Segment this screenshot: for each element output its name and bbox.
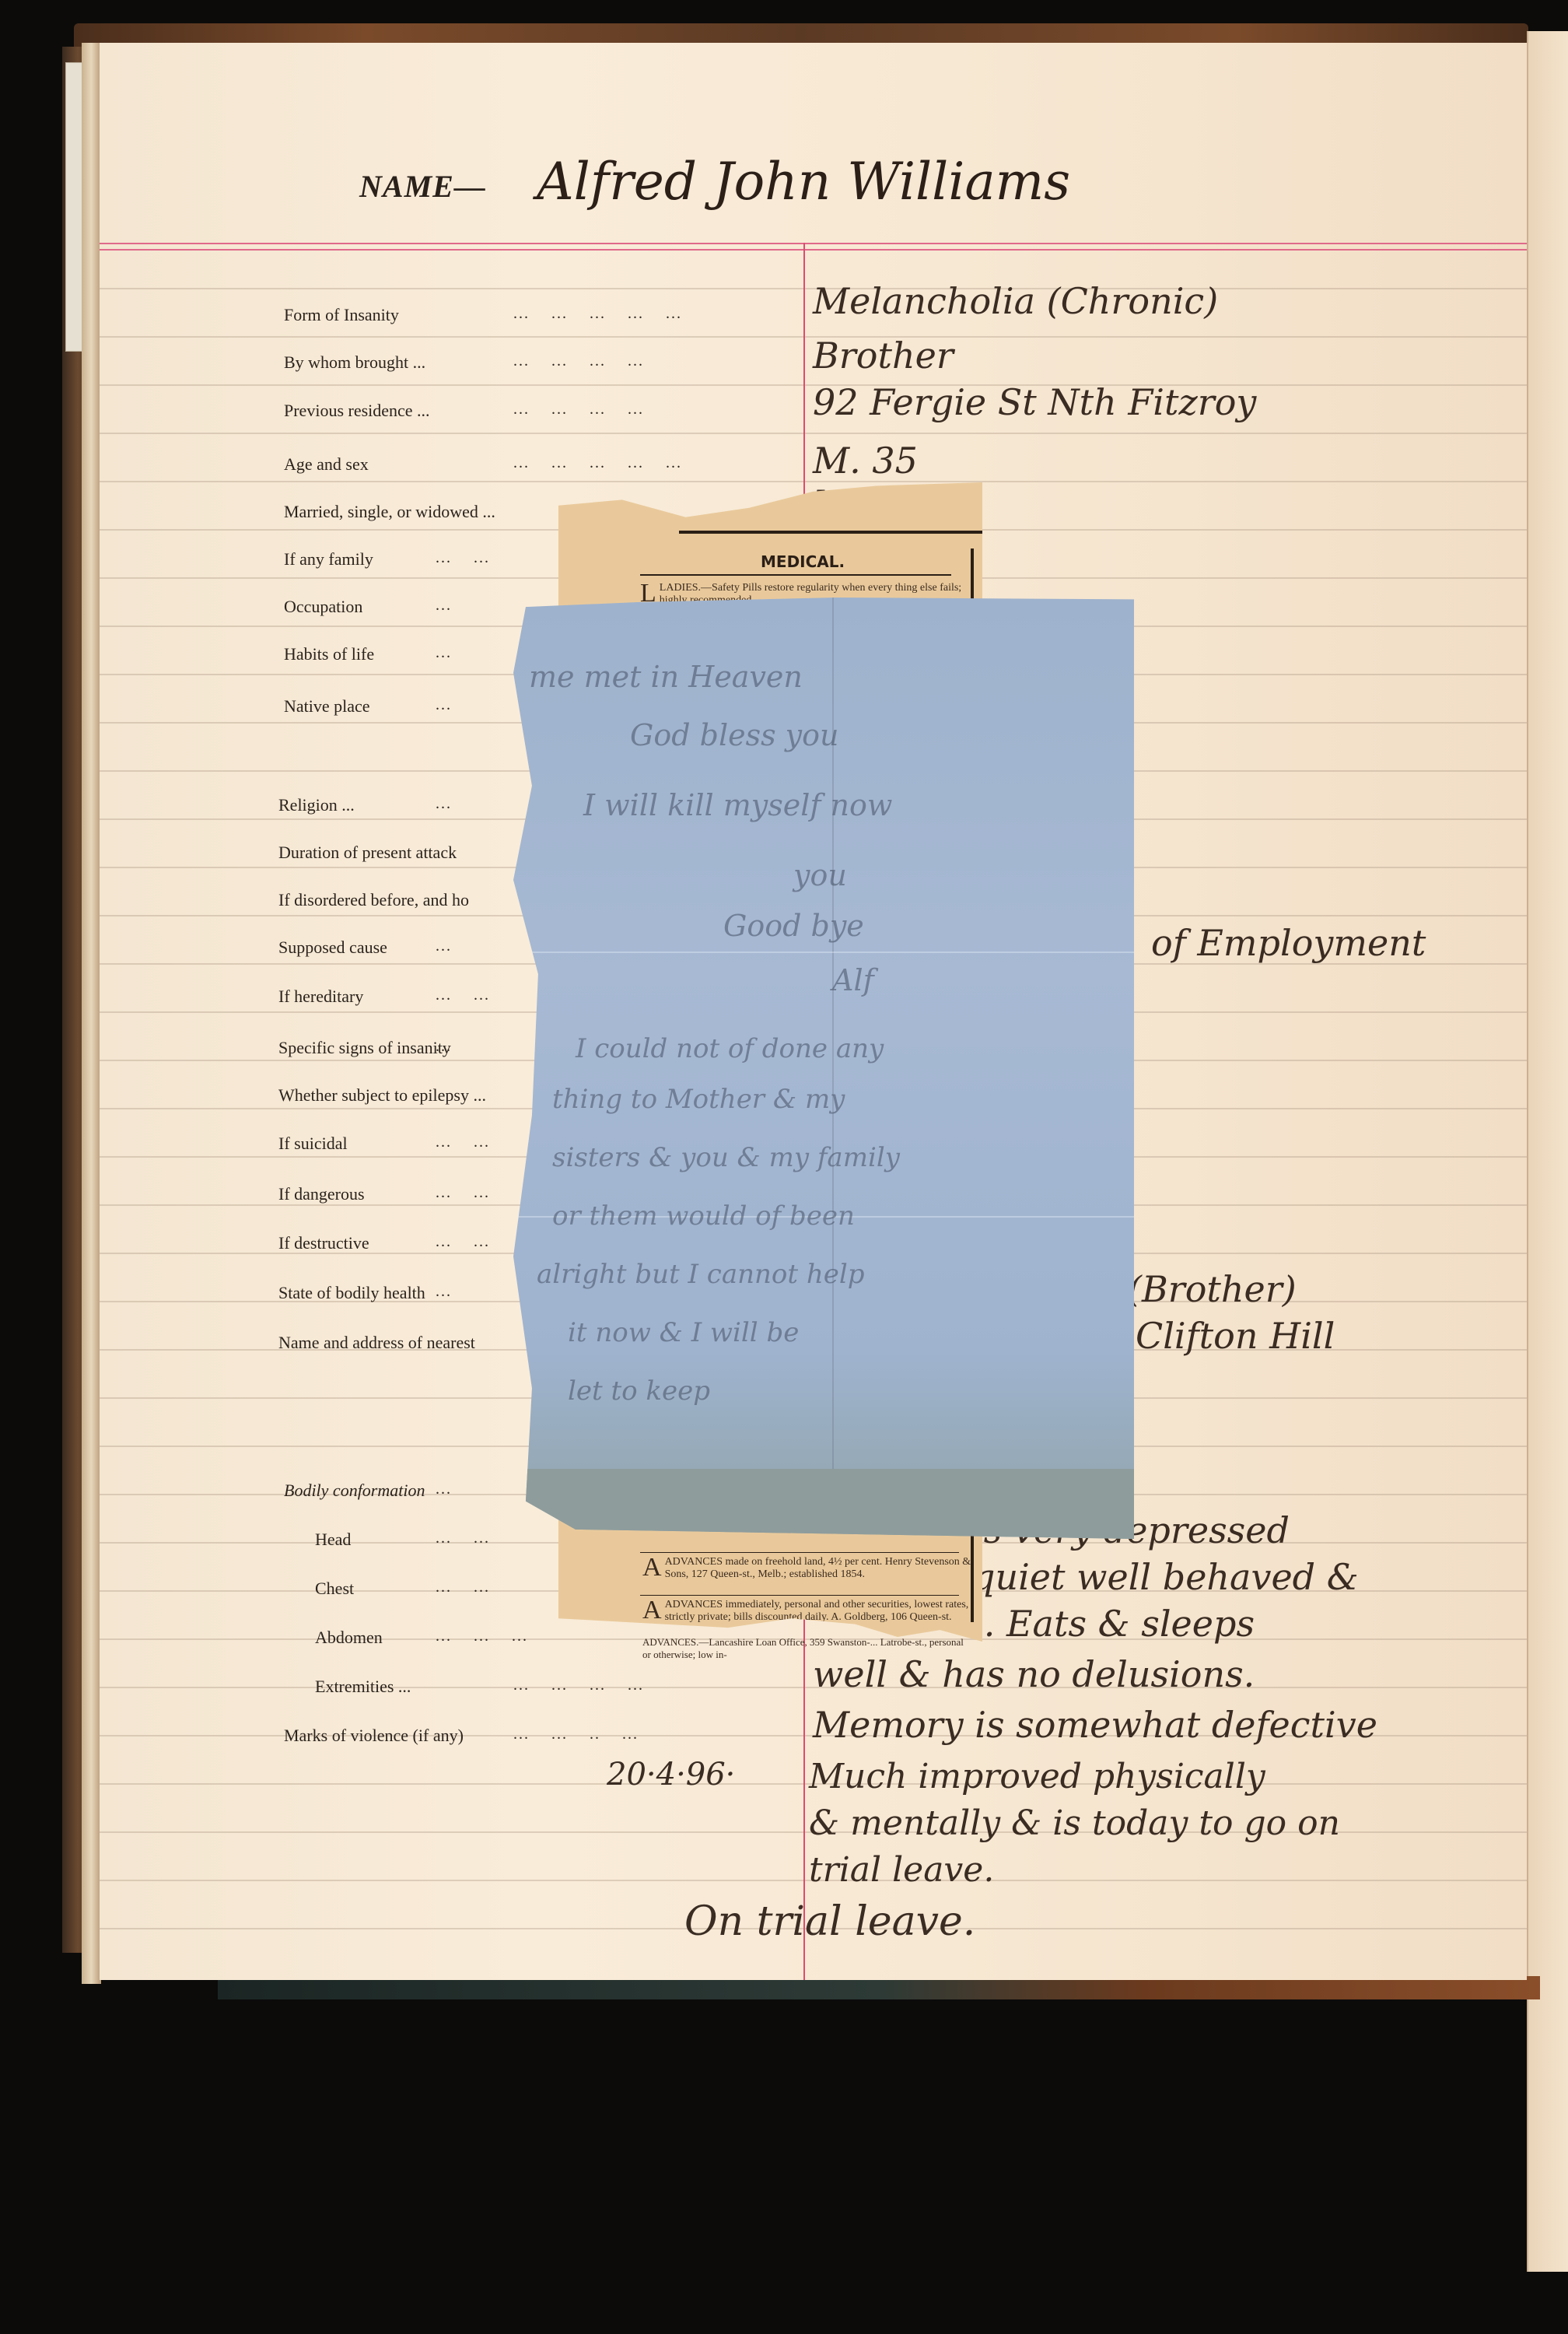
leader-dots: ... (436, 696, 452, 714)
letter-line: God bless you (630, 718, 839, 752)
leader-dots: ... ... ... (436, 1628, 528, 1645)
field-answer: (Brother) (1128, 1268, 1297, 1310)
field-answer: quiet well behaved & (972, 1556, 1359, 1598)
field-label: Whether subject to epilepsy ... (278, 1085, 486, 1106)
leader-dots: ... ... (436, 1233, 490, 1251)
leader-dots: ... ... (436, 1184, 490, 1202)
field-label: Head (315, 1530, 351, 1550)
letter-fold (513, 951, 1134, 953)
leader-dots: ... ... (436, 1530, 490, 1547)
letter-folded-flap (513, 1469, 1134, 1539)
field-label: Habits of life (284, 644, 374, 664)
letter-line: or them would of been (552, 1200, 855, 1232)
letter-line: Alf (832, 963, 874, 997)
field-answer: Clifton Hill (1136, 1315, 1335, 1357)
field-label: If disordered before, and ho (278, 890, 469, 910)
field-label: Abdomen (315, 1628, 383, 1648)
field-label: Extremities ... (315, 1677, 411, 1697)
field-answer: 92 Fergie St Nth Fitzroy (813, 381, 1256, 423)
field-label: Native place (284, 696, 370, 717)
letter-line: you (793, 858, 847, 892)
leader-dots: ... ... .. ... (513, 1726, 639, 1743)
letter-line: let to keep (568, 1376, 710, 1407)
leader-dots: ... (436, 1481, 452, 1498)
field-label: If suicidal (278, 1134, 348, 1154)
leader-dots: ... ... ... ... (513, 352, 644, 370)
leader-dots: ... ... ... ... ... (513, 454, 682, 472)
clipping-rule (679, 531, 982, 534)
header-red-rule (100, 243, 1527, 251)
field-label: Previous residence ... (284, 401, 430, 421)
field-answer: of Employment (1151, 922, 1426, 964)
field-label: Bodily conformation (284, 1481, 425, 1501)
field-answer: l. Eats & sleeps (972, 1603, 1255, 1645)
trial-leave-note: On trial leave. (684, 1898, 975, 1945)
note-line-3: trial leave. (809, 1850, 994, 1890)
field-answer: M. 35 (813, 440, 918, 482)
letter-line: thing to Mother & my (552, 1084, 845, 1115)
field-label: Duration of present attack (278, 843, 457, 863)
field-answer: Melancholia (Chronic) (813, 280, 1218, 322)
letter-line: alright but I cannot help (537, 1259, 864, 1290)
leader-dots: ... (436, 1283, 452, 1301)
field-label: By whom brought ... (284, 352, 425, 373)
field-label: Married, single, or widowed ... (284, 502, 495, 522)
field-label: Religion ... (278, 795, 355, 815)
name-label: NAME— (359, 168, 486, 205)
clipping-rule (640, 1595, 959, 1596)
facing-page-edge (1527, 31, 1568, 2272)
field-label: If any family (284, 549, 373, 569)
clipping-ad-lancashire: ADVANCES.—Lancashire Loan Office, 359 Sw… (642, 1636, 973, 1661)
field-label: Occupation (284, 597, 362, 617)
clipping-rule (640, 574, 951, 576)
note-date: 20·4·96· (607, 1757, 735, 1793)
pasted-suicide-letter: me met in Heaven God bless you I will ki… (513, 598, 1134, 1539)
leader-dots: ... ... (436, 549, 490, 567)
leader-dots: ... (436, 795, 452, 813)
leader-dots: ... (436, 597, 452, 615)
field-label: If dangerous (278, 1184, 365, 1204)
clipping-rule (640, 1552, 959, 1553)
field-label: If hereditary (278, 987, 363, 1007)
leader-dots: ... ... ... ... (513, 1677, 644, 1694)
leader-dots: ... (436, 1038, 452, 1056)
field-label: State of bodily health (278, 1283, 425, 1303)
ruled-line (100, 433, 1527, 434)
patient-name: Alfred John Williams (537, 152, 1070, 212)
letter-line: it now & I will be (568, 1317, 799, 1348)
leader-dots: ... ... (436, 987, 490, 1004)
clipping-heading: MEDICAL. (761, 552, 845, 571)
field-label: Marks of violence (if any) (284, 1726, 464, 1746)
letter-line: I will kill myself now (583, 788, 892, 822)
note-line-2: & mentally & is today to go on (809, 1803, 1340, 1843)
note-line-1: Much improved physically (809, 1757, 1265, 1796)
field-label: Chest (315, 1579, 354, 1599)
field-answer: Memory is somewhat defective (813, 1704, 1377, 1746)
field-label: Name and address of nearest (278, 1333, 475, 1353)
leader-dots: ... ... (436, 1579, 490, 1596)
field-answer: Brother (813, 335, 954, 377)
leader-dots: ... ... (436, 1134, 490, 1151)
leader-dots: ... (436, 937, 452, 955)
letter-line: I could not of done any (576, 1033, 884, 1064)
leader-dots: ... (436, 644, 452, 662)
field-label: Age and sex (284, 454, 369, 475)
field-label: Form of Insanity (284, 305, 399, 325)
leader-dots: ... ... ... ... ... (513, 305, 682, 323)
page-stack-edge (82, 43, 101, 1984)
letter-line: Good bye (723, 909, 864, 943)
letter-line: me met in Heaven (529, 660, 803, 694)
clipping-ad-stevenson: AADVANCES made on freehold land, 4½ per … (642, 1556, 973, 1581)
field-label: If destructive (278, 1233, 369, 1253)
leader-dots: ... ... ... ... (513, 401, 644, 419)
field-label: Specific signs of insanity (278, 1038, 451, 1058)
field-label: Supposed cause (278, 937, 387, 958)
letter-line: sisters & you & my family (552, 1142, 900, 1173)
